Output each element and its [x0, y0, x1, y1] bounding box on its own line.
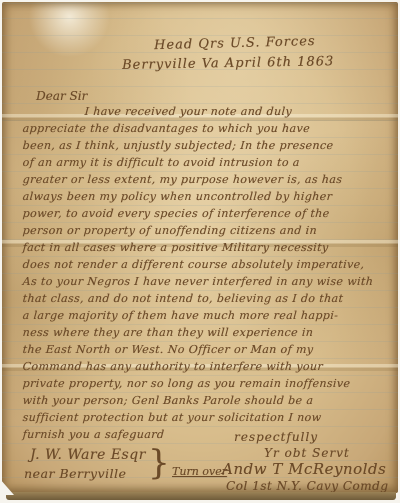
letter-line: ness where they are than they will exper… — [22, 324, 393, 341]
signature-rank-title: Col 1st N.Y. Cavy Comdg — [226, 479, 388, 493]
letter-line: sufficient protection but at your solici… — [22, 409, 393, 426]
letter-line: Command has any authority to interfere w… — [22, 358, 393, 375]
addressee-place: near Berryville — [24, 466, 126, 481]
letter-line: I have received your note and duly — [22, 103, 393, 120]
letterhead-date-line: Berryville Va April 6th 1863 — [122, 54, 334, 73]
salutation: Dear Sir — [36, 89, 87, 103]
letter-paper: Head Qrs U.S. Forces Berryville Va April… — [2, 2, 398, 493]
letter-body: I have received your note and duly appre… — [22, 103, 392, 443]
closing-yr-obt-servt: Yr obt Servt — [264, 446, 350, 460]
corner-tear — [0, 479, 14, 495]
closing-respectfully: respectfully — [234, 430, 318, 444]
letterhead-line1: Head Qrs U.S. Forces — [154, 34, 316, 53]
letter-line: the East North or West. No Officer or Ma… — [22, 341, 393, 358]
letter-line: private property, nor so long as you rem… — [22, 375, 393, 392]
letter-line: been, as I think, unjustly subjected; In… — [22, 137, 393, 154]
letter-line: fact in all cases where a positive Milit… — [22, 239, 393, 256]
letter-line: furnish you a safeguard — [22, 426, 393, 443]
brace-mark: } — [148, 443, 170, 483]
turn-over-note: Turn over — [172, 465, 227, 478]
letter-line: of an army it is difficult to avoid intr… — [22, 154, 393, 171]
letter-line: always been my policy when uncontrolled … — [22, 188, 393, 205]
letter-line: greater or less extent, my purpose howev… — [22, 171, 393, 188]
addressee-name: J. W. Ware Esqr — [30, 447, 146, 463]
letter-line: As to your Negros I have never interfere… — [22, 273, 393, 290]
letter-line: power, to avoid every species of interfe… — [22, 205, 393, 222]
scanned-letter-page: { "document": { "type": "handwritten let… — [0, 0, 400, 503]
letter-line: person or property of unoffending citize… — [22, 222, 393, 239]
letter-line: with your person; Genl Banks Parole shou… — [22, 392, 393, 409]
letter-line: a large majority of them have much more … — [22, 307, 393, 324]
letter-line: does not render a different course absol… — [22, 256, 393, 273]
bottom-page-edge — [6, 492, 396, 500]
signature-name: Andw T McReynolds — [222, 460, 386, 478]
letter-line: that class, and do not intend to, believ… — [22, 290, 393, 307]
letter-line: appreciate the disadvantages to which yo… — [22, 120, 393, 137]
